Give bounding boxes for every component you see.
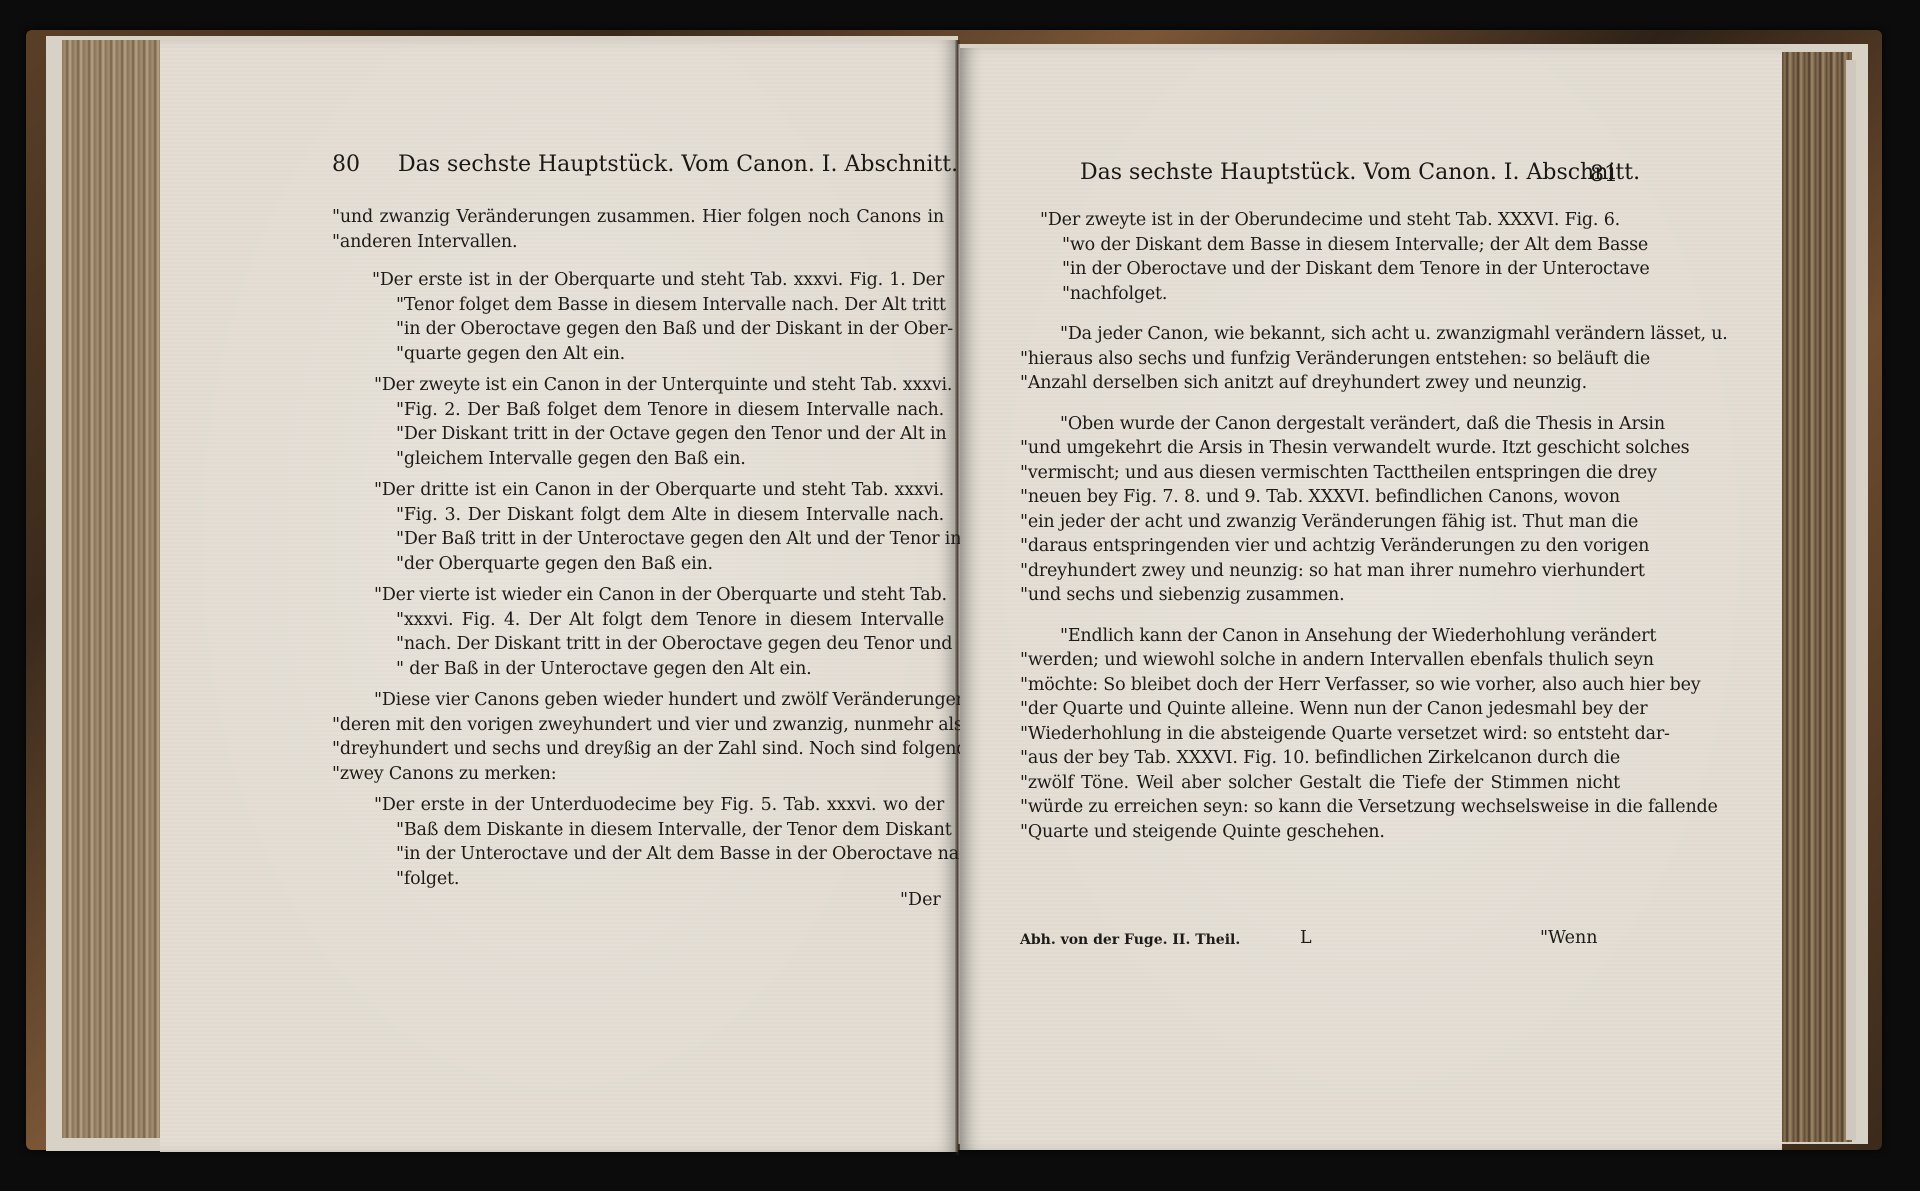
left-page: 80 Das sechste Hauptstück. Vom Canon. I.… — [160, 40, 958, 1152]
text-line: "möchte: So bleibet doch der Herr Verfas… — [1020, 673, 1620, 698]
text-line: "Oben wurde der Canon dergestalt verände… — [1020, 412, 1620, 437]
catchword-left: "Der — [900, 890, 941, 910]
text-line: "der Oberquarte gegen den Baß ein. — [396, 552, 944, 577]
text-line: "wo der Diskant dem Basse in diesem Inte… — [1062, 233, 1620, 258]
right-page-body: "Der zweyte ist in der Oberundecime und … — [1020, 208, 1620, 851]
text-line: "Der zweyte ist ein Canon in der Unterqu… — [374, 373, 944, 398]
text-line: "dreyhundert und sechs und dreyßig an de… — [332, 737, 944, 762]
paragraph: "Der erste in der Unterduodecime bey Fig… — [374, 793, 944, 891]
text-line: "Der erste ist in der Oberquarte und ste… — [372, 268, 944, 293]
text-line: "Der Diskant tritt in der Octave gegen d… — [396, 422, 944, 447]
text-line: "und umgekehrt die Arsis in Thesin verwa… — [1020, 436, 1620, 461]
text-line: "gleichem Intervalle gegen den Baß ein. — [396, 447, 944, 472]
text-line: "daraus entspringenden vier und achtzig … — [1020, 534, 1620, 559]
catchword-right: "Wenn — [1540, 928, 1598, 948]
text-line: "dreyhundert zwey und neunzig: so hat ma… — [1020, 559, 1620, 584]
paragraph: "Der vierte ist wieder ein Canon in der … — [374, 583, 944, 681]
page-number-right: 81 — [1590, 162, 1618, 187]
text-line: "Wiederhohlung in die absteigende Quarte… — [1020, 722, 1620, 747]
text-line: "werden; und wiewohl solche in andern In… — [1020, 648, 1620, 673]
text-line: "Da jeder Canon, wie bekannt, sich acht … — [1020, 322, 1620, 347]
text-line: "würde zu erreichen seyn: so kann die Ve… — [1020, 795, 1620, 820]
paragraph: "Endlich kann der Canon in Ansehung der … — [1020, 624, 1620, 845]
text-line: "quarte gegen den Alt ein. — [396, 342, 944, 367]
right-page: Das sechste Hauptstück. Vom Canon. I. Ab… — [960, 48, 1782, 1150]
running-head-right: Das sechste Hauptstück. Vom Canon. I. Ab… — [1080, 160, 1640, 185]
text-line: "Baß dem Diskante in diesem Intervalle, … — [396, 818, 944, 843]
text-line: "in der Oberoctave gegen den Baß und der… — [396, 317, 944, 342]
text-line: "Fig. 2. Der Baß folget dem Tenore in di… — [396, 398, 944, 423]
text-line: "deren mit den vorigen zweyhundert und v… — [332, 713, 944, 738]
text-line: "Der erste in der Unterduodecime bey Fig… — [374, 793, 944, 818]
text-line: "Anzahl derselben sich anitzt auf dreyhu… — [1020, 371, 1620, 396]
text-line: " der Baß in der Unteroctave gegen den A… — [396, 657, 944, 682]
text-line: "nachfolget. — [1062, 282, 1620, 307]
endpaper-right — [1846, 60, 1856, 1140]
paragraph: "und zwanzig Veränderungen zusammen. Hie… — [332, 205, 944, 254]
running-head-left: Das sechste Hauptstück. Vom Canon. I. Ab… — [398, 152, 958, 177]
text-line: "ein jeder der acht und zwanzig Veränder… — [1020, 510, 1620, 535]
text-line: "aus der bey Tab. XXXVI. Fig. 10. befind… — [1020, 746, 1620, 771]
paragraph: "Der zweyte ist ein Canon in der Unterqu… — [374, 373, 944, 471]
text-line: "xxxvi. Fig. 4. Der Alt folgt dem Tenore… — [396, 608, 944, 633]
paragraph: "Diese vier Canons geben wieder hundert … — [332, 688, 944, 786]
text-line: "neuen bey Fig. 7. 8. und 9. Tab. XXXVI.… — [1020, 485, 1620, 510]
text-line: "der Quarte und Quinte alleine. Wenn nun… — [1020, 697, 1620, 722]
signature-title: Abh. von der Fuge. II. Theil. — [1020, 932, 1240, 948]
text-line: "Der dritte ist ein Canon in der Oberqua… — [374, 478, 944, 503]
text-line: "zwölf Töne. Weil aber solcher Gestalt d… — [1020, 771, 1620, 796]
text-line: "folget. — [396, 867, 944, 892]
text-line: "Der vierte ist wieder ein Canon in der … — [374, 583, 944, 608]
paragraph: "Der zweyte ist in der Oberundecime und … — [1040, 208, 1620, 306]
text-line: "in der Unteroctave und der Alt dem Bass… — [396, 842, 944, 867]
page-edges-left — [62, 40, 160, 1138]
text-line: "zwey Canons zu merken: — [332, 762, 944, 787]
text-line: "Der zweyte ist in der Oberundecime und … — [1040, 208, 1620, 233]
text-line: "vermischt; und aus diesen vermischten T… — [1020, 461, 1620, 486]
paragraph: "Da jeder Canon, wie bekannt, sich acht … — [1020, 322, 1620, 396]
text-line: "und sechs und siebenzig zusammen. — [1020, 583, 1620, 608]
paragraph: "Der erste ist in der Oberquarte und ste… — [374, 268, 944, 366]
text-line: "Der Baß tritt in der Unteroctave gegen … — [396, 527, 944, 552]
text-line: "Fig. 3. Der Diskant folgt dem Alte in d… — [396, 503, 944, 528]
text-line: "Diese vier Canons geben wieder hundert … — [332, 688, 944, 713]
signature-mark: L — [1300, 928, 1312, 948]
text-line: "in der Oberoctave und der Diskant dem T… — [1062, 257, 1620, 282]
text-line: "Tenor folget dem Basse in diesem Interv… — [396, 293, 944, 318]
text-line: "Quarte und steigende Quinte geschehen. — [1020, 820, 1620, 845]
text-line: "hieraus also sechs und funfzig Veränder… — [1020, 347, 1620, 372]
text-line: "und zwanzig Veränderungen zusammen. Hie… — [332, 205, 944, 230]
text-line: "Endlich kann der Canon in Ansehung der … — [1020, 624, 1620, 649]
left-page-body: "und zwanzig Veränderungen zusammen. Hie… — [332, 205, 944, 898]
book-gutter — [955, 40, 960, 1155]
page-edges-right — [1782, 52, 1852, 1142]
paragraph: "Der dritte ist ein Canon in der Oberqua… — [374, 478, 944, 576]
paragraph: "Oben wurde der Canon dergestalt verände… — [1020, 412, 1620, 608]
text-line: "nach. Der Diskant tritt in der Oberocta… — [396, 632, 944, 657]
page-number-left: 80 — [332, 152, 360, 177]
text-line: "anderen Intervallen. — [332, 230, 944, 255]
